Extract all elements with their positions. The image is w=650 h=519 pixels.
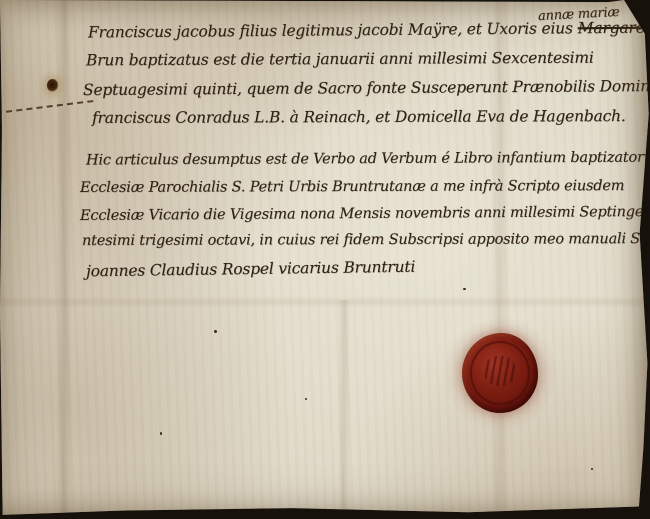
ink-speck [591, 468, 593, 470]
ink-speck [305, 398, 307, 400]
attestation-line: Ecclesiæ Vicario die Vigesima nona Mensi… [80, 204, 643, 224]
ink-speck [463, 288, 466, 290]
fold-crease-horizontal [0, 296, 650, 308]
attestation-line: Ecclesiæ Parochialis S. Petri Urbis Brun… [80, 178, 624, 196]
attestation-line: ntesimi trigesimi octavi, in cuius rei f… [82, 231, 650, 249]
attestation-line: Hic articulus desumptus est de Verbo ad … [86, 149, 650, 168]
fold-crease-vertical-center [338, 300, 350, 519]
manuscript-paper: annæ mariæ Franciscus jacobus filius leg… [0, 0, 650, 519]
margin-dashed-line [0, 100, 93, 114]
page-background: { "colors": { "paper": "#ded8c6", "ink":… [0, 0, 650, 519]
record-line: Brun baptizatus est die tertia januarii … [86, 49, 594, 70]
ink-speck [214, 330, 217, 333]
ink-hole [47, 79, 58, 92]
ink-speck [160, 432, 162, 435]
fold-crease-vertical-left [56, 0, 72, 519]
record-line: franciscus Conradus L.B. à Reinach, et D… [92, 107, 626, 127]
wax-seal [462, 333, 538, 413]
struck-name: Margareta [578, 19, 650, 38]
record-line: Septuagesimi quinti, quem de Sacro fonte… [83, 77, 650, 99]
seal-monogram [484, 356, 516, 386]
record-line: Franciscus jacobus filius legitimus jaco… [88, 19, 650, 42]
record-line1-text: Franciscus jacobus filius legitimus jaco… [88, 19, 573, 41]
signature-line: joannes Claudius Rospel vicarius Bruntru… [86, 258, 415, 281]
